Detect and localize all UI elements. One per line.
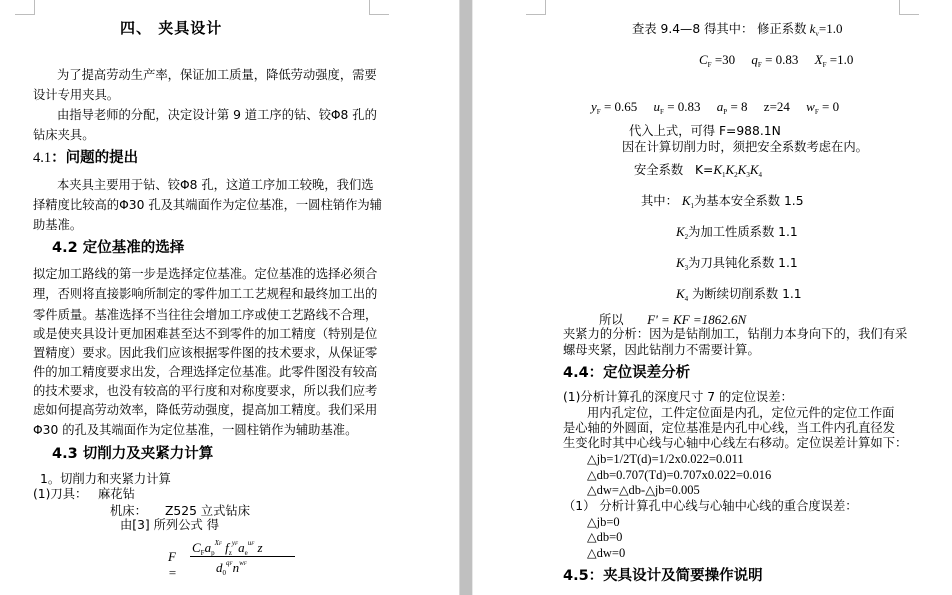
paragraph-line: 设计专用夹具。 — [33, 88, 119, 102]
calc-line: △db=0.707(Td)=0.707x0.022=0.016 — [587, 468, 771, 482]
section-heading-4-3: 4.3 切削力及夹紧力计算 — [52, 447, 213, 461]
paragraph-line: 由指导老师的分配，决定设计第 9 道工序的钻、铰Φ8 孔的 — [57, 108, 377, 122]
safety-factor-line: 安全系数 K=K1K2K3K4 — [634, 163, 762, 182]
document-page-left: 四、 夹具设计 为了提高劳动生产率，保证加工质量，降低劳动强度，需要 设计专用夹… — [0, 0, 459, 595]
calc-line: △jb=1/2T(d)=1/2x0.022=0.011 — [587, 452, 744, 466]
section-heading-4-5: 4.5：夹具设计及简要操作说明 — [563, 569, 763, 583]
calc-line: △dw=△db-△jb=0.005 — [587, 483, 700, 497]
subsection-line: (1)分析计算孔的深度尺寸 7 的定位误差： — [563, 390, 793, 404]
paragraph-line: Φ30 的孔及其端面作为定位基准，一圆柱销作为辅助基准。 — [33, 423, 357, 437]
calc-line: △db=0 — [587, 530, 622, 544]
paragraph-line: 虑如何提高劳动效率，降低劳动强度，提高加工精度。我们采用 — [33, 403, 377, 417]
k-item-2: K2为加工性质系数 1.1 — [676, 225, 798, 244]
paragraph-line: 是心轴的外圆面，定位基准是内孔中心线，当工件内孔直径发 — [563, 421, 895, 435]
coefficient-row-2: yF = 0.65 uF = 0.83 aP = 8 z=24 wF = 0 — [591, 100, 839, 119]
substitution-result: 代入上式，可得 F=988.1N — [629, 124, 781, 138]
section-heading-4-1: 4.1：问题的提出 — [33, 151, 138, 165]
calc-line: △jb=0 — [587, 515, 620, 529]
subsection-line: （1） 分析计算孔中心线与心轴中心线的重合度误差： — [563, 499, 858, 513]
paragraph-line: 或是使夹具设计更加困难甚至达不到零件的加工精度（特别是位 — [33, 327, 377, 341]
formula-numerator: CFapXF fzyFaeuF z — [192, 539, 263, 557]
coefficient-row-1: CF =30 qF = 0.83 XF =1.0 — [699, 53, 853, 72]
paragraph-line: 为了提高劳动生产率，保证加工质量，降低劳动强度，需要 — [57, 68, 377, 82]
formula-lhs: F = — [168, 549, 177, 581]
safety-note: 因在计算切削力时，须把安全系数考虑在内。 — [622, 140, 868, 154]
formula-intro: 由[3] 所列公式 得 — [120, 518, 219, 532]
paragraph-line: 置精度）要求。因此我们应该根据零件图的技术要求，从保证零 — [33, 346, 377, 360]
table-reference: 查表 9.4—8 得其中： 修正系数 kv=1.0 — [632, 22, 843, 41]
margin-corner-mark — [899, 0, 919, 15]
machine-value: Z525 立式钻床 — [165, 504, 250, 518]
paragraph-line: 本夹具主要用于钻、铰Φ8 孔，这道工序加工较晚，我们选 — [57, 178, 374, 192]
paragraph-line: 夹紧力的分析：因为是钻削加工，钻削力本身向下的，我们有采 — [563, 327, 907, 341]
tool-value: 麻花钻 — [98, 487, 135, 501]
paragraph-line: 钻床夹具。 — [33, 128, 95, 142]
list-item: 1。切削力和夹紧力计算 — [40, 472, 171, 486]
paragraph-line: 零件质量。基准选择不当往往会增加工序或使工艺路线不合理， — [33, 308, 377, 322]
paragraph-line: 用内孔定位，工件定位面是内孔，定位元件的定位工作面 — [587, 406, 894, 420]
section-heading-4-2: 4.2 定位基准的选择 — [52, 241, 184, 255]
paragraph-line: 生变化时其中心线与心轴中心线左右移动。定位误差计算如下： — [563, 436, 907, 450]
paragraph-line: 螺母夹紧，因此钻削力不需要计算。 — [563, 343, 760, 357]
margin-corner-mark — [369, 0, 389, 15]
document-page-right: 查表 9.4—8 得其中： 修正系数 kv=1.0 CF =30 qF = 0.… — [473, 0, 952, 595]
chapter-title: 四、 夹具设计 — [120, 21, 222, 35]
k-item-4: K4 为断续切削系数 1.1 — [676, 287, 802, 306]
calc-line: △dw=0 — [587, 546, 625, 560]
tool-label: (1)刀具： — [33, 487, 87, 501]
margin-corner-mark — [526, 0, 546, 15]
paragraph-line: 件的加工精度要求出发，合理选择定位基准。此零件图没有较高 — [33, 365, 377, 379]
paragraph-line: 助基准。 — [33, 218, 82, 232]
k-item-1: 其中： K1为基本安全系数 1.5 — [641, 194, 804, 213]
formula-denominator: d0qFnwF — [216, 559, 247, 577]
paragraph-line: 理，否则将直接影响所制定的零件加工工艺规程和最终加工出的 — [33, 287, 377, 301]
paragraph-line: 拟定加工路线的第一步是选择定位基准。定位基准的选择必须合 — [33, 267, 377, 281]
margin-corner-mark — [15, 0, 35, 15]
fraction-bar — [190, 556, 295, 557]
paragraph-line: 择精度比较高的Φ30 孔及其端面作为定位基准，一圆柱销作为辅 — [33, 198, 382, 212]
paragraph-line: 的技术要求，也没有较高的平行度和对称度要求，所以我们应考 — [33, 384, 377, 398]
k-item-3: K3为刀具钝化系数 1.1 — [676, 256, 798, 275]
machine-label: 机床： — [110, 504, 147, 518]
page-gap-scroll-area — [459, 0, 473, 595]
result-line: 所以 F' = KF =1862.6N — [599, 313, 746, 327]
section-heading-4-4: 4.4：定位误差分析 — [563, 366, 690, 380]
